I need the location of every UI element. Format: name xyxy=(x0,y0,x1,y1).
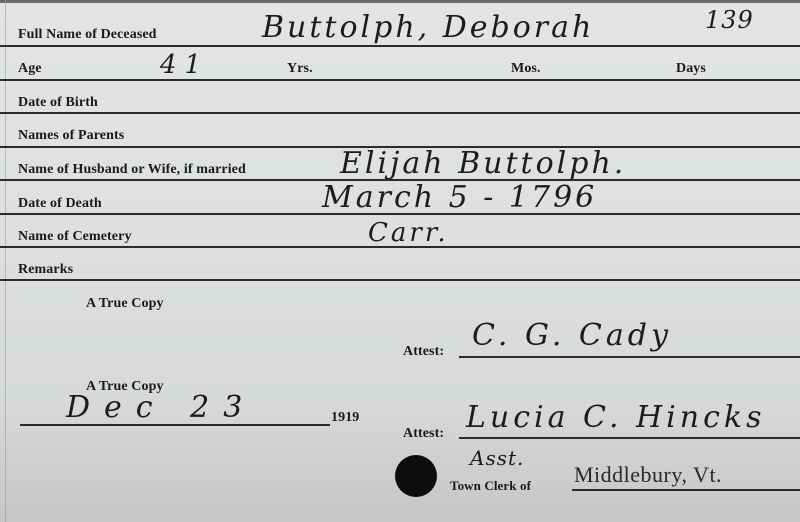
town-stamp: Middlebury, Vt. xyxy=(574,462,722,488)
attest-signature-1: C. G. Cady xyxy=(472,318,672,353)
rule-8 xyxy=(0,279,800,281)
copy-date-handwritten: Dec 23 xyxy=(66,390,256,425)
town-clerk-label: Town Clerk of xyxy=(450,478,531,494)
months-label: Mos. xyxy=(511,61,541,77)
spouse-value: Elijah Buttolph. xyxy=(340,146,626,181)
attest-line-1 xyxy=(459,356,800,358)
rule-2 xyxy=(0,79,800,81)
cemetery-value: Carr. xyxy=(368,218,449,248)
attest-signature-2: Lucia C. Hincks xyxy=(466,400,765,435)
town-line xyxy=(572,489,800,491)
asst-note: Asst. xyxy=(470,446,524,470)
copy-year: 1919 xyxy=(331,410,359,426)
date-of-birth-label: Date of Birth xyxy=(18,95,98,111)
death-record-card: 139 Full Name of Deceased Buttolph, Debo… xyxy=(0,0,800,522)
years-label: Yrs. xyxy=(287,61,313,77)
card-number: 139 xyxy=(705,6,754,34)
remarks-label: Remarks xyxy=(18,262,73,278)
copy-date-line xyxy=(20,424,330,426)
rule-7 xyxy=(0,246,800,248)
days-label: Days xyxy=(676,61,706,77)
age-value: 41 xyxy=(160,50,209,80)
date-of-death-label: Date of Death xyxy=(18,196,102,212)
attest-line-2 xyxy=(459,437,800,439)
full-name-label: Full Name of Deceased xyxy=(18,27,157,43)
rule-3 xyxy=(0,112,800,114)
rule-6 xyxy=(0,213,800,215)
spouse-label: Name of Husband or Wife, if married xyxy=(18,162,246,178)
punch-hole xyxy=(395,455,437,497)
parents-label: Names of Parents xyxy=(18,128,124,144)
date-of-death-value: March 5 - 1796 xyxy=(322,180,597,215)
cemetery-label: Name of Cemetery xyxy=(18,229,132,245)
age-label: Age xyxy=(18,61,42,77)
attest-label-2: Attest: xyxy=(403,426,444,442)
attest-label-1: Attest: xyxy=(403,344,444,360)
full-name-value: Buttolph, Deborah xyxy=(262,10,594,45)
true-copy-label-1: A True Copy xyxy=(86,296,164,312)
rule-1 xyxy=(0,45,800,47)
